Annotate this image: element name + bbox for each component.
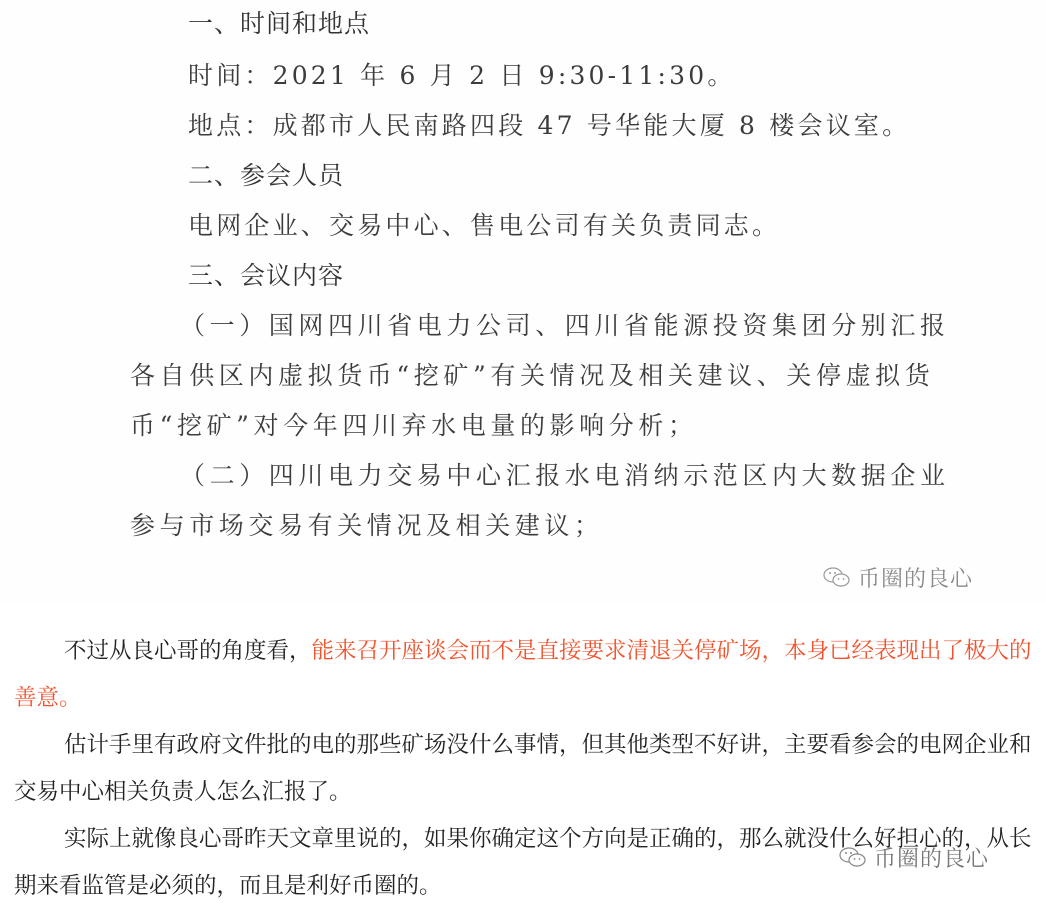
image-watermark: 币圈的良心: [822, 562, 973, 593]
item2-line2: 参与市场交易有关情况及相关建议；: [130, 506, 604, 542]
watermark-text: 币圈的良心: [858, 562, 973, 593]
item1-line2: 各自供区内虚拟货币“挖矿”有关情况及相关建议、关停虚拟货: [130, 356, 934, 392]
section3-heading: 三、会议内容: [188, 256, 344, 292]
section1-heading: 一、时间和地点: [188, 4, 370, 40]
meeting-place: 地点：成都市人民南路四段 47 号华能大厦 8 楼会议室。: [188, 106, 910, 142]
paragraph-2: 估计手里有政府文件批的电的那些矿场没什么事情，但其他类型不好讲，主要看参会的电网…: [0, 722, 1046, 816]
paragraph-1-normal: 不过从良心哥的角度看，: [64, 638, 312, 664]
watermark-text: 币圈的良心: [874, 842, 989, 873]
paragraph-1: 不过从良心哥的角度看，能来召开座谈会而不是直接要求清退关停矿场，本身已经表现出了…: [0, 628, 1046, 722]
attendees: 电网企业、交易中心、售电公司有关负责同志。: [188, 206, 780, 242]
meeting-time: 时间：2021 年 6 月 2 日 9:30-11:30。: [188, 56, 736, 92]
wechat-icon: [838, 846, 868, 870]
wechat-icon: [822, 566, 852, 590]
scanned-document-image: 一、时间和地点 时间：2021 年 6 月 2 日 9:30-11:30。 地点…: [0, 0, 1046, 604]
section2-heading: 二、参会人员: [188, 156, 344, 192]
item2-line1: （二）四川电力交易中心汇报水电消纳示范区内大数据企业: [180, 456, 950, 492]
article-watermark: 币圈的良心: [838, 842, 989, 873]
item1-line3: 币“挖矿”对今年四川弃水电量的影响分析；: [130, 406, 698, 442]
item1-line1: （一）国网四川省电力公司、四川省能源投资集团分别汇报: [180, 306, 950, 342]
